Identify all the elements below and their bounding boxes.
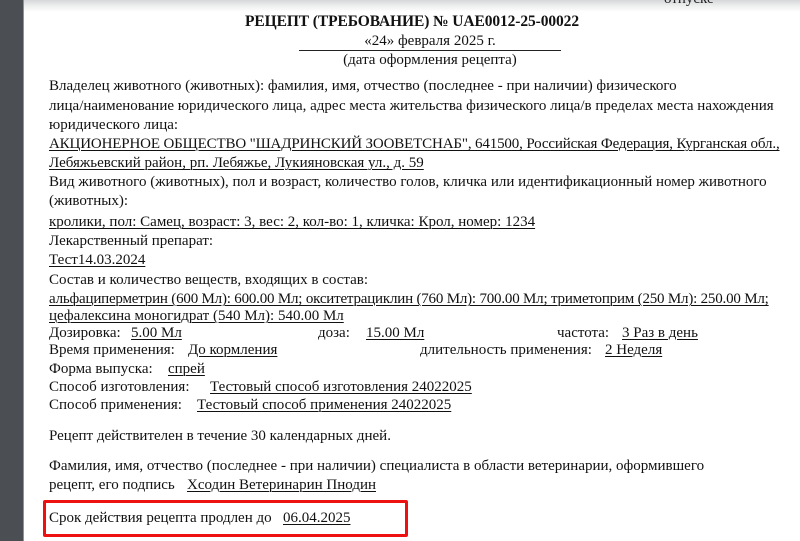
- prescription-title: РЕЦЕПТ (ТРЕБОВАНИЕ) № UAE0012-25-00022: [0, 13, 800, 31]
- issue-date-block: «24» февраля 2025 г. (дата оформления ре…: [299, 33, 561, 69]
- issue-date-caption: (дата оформления рецепта): [299, 51, 561, 69]
- animal-label-line1: Вид животного (животных), пол и возраст,…: [49, 174, 767, 191]
- drug-label: Лекарственный препарат:: [49, 233, 213, 250]
- manufacture-label: Способ изготовления:: [49, 379, 190, 396]
- application-value: Тестовый способ применения 24022025: [197, 397, 451, 414]
- extension-label: Срок действия рецепта продлен до: [49, 510, 272, 527]
- frequency-value: 3 Раз в день: [622, 325, 698, 342]
- timing-value: До кормления: [188, 342, 277, 359]
- viewer-side-panel: [0, 0, 23, 541]
- application-label: Способ применения:: [49, 397, 182, 414]
- manufacture-value: Тестовый способ изготовления 24022025: [210, 379, 472, 396]
- duration-value: 2 Неделя: [605, 342, 662, 359]
- composition-label: Состав и количество веществ, входящих в …: [49, 272, 368, 289]
- owner-label-line3: юридического лица:: [49, 117, 178, 134]
- timing-label: Время применения:: [49, 342, 175, 359]
- dose-label: доза:: [318, 325, 350, 342]
- form-label: Форма выпуска:: [49, 361, 153, 378]
- vet-name: Хсодин Ветеринарин Пнодин: [187, 477, 376, 494]
- extension-date: 06.04.2025: [283, 510, 351, 527]
- owner-label-line2: лица/наименование юридического лица, адр…: [49, 98, 774, 115]
- owner-value-line2: Лебяжьевский район, рп. Лебяжье, Лукияно…: [49, 155, 424, 172]
- validity-text: Рецепт действителен в течение 30 календа…: [49, 428, 391, 445]
- previous-page-fragment: отпуске: [664, 0, 714, 8]
- owner-value-line1: АКЦИОНЕРНОЕ ОБЩЕСТВО "ШАДРИНСКИЙ ЗООВЕТС…: [49, 136, 780, 153]
- frequency-label: частота:: [557, 325, 609, 342]
- vet-label-line1: Фамилия, имя, отчество (последнее - при …: [49, 458, 704, 475]
- duration-label: длительность применения:: [420, 342, 592, 359]
- dosage-label: Дозировка:: [49, 325, 121, 342]
- drug-value: Тест14.03.2024: [49, 252, 145, 269]
- animal-label-line2: (животных):: [49, 193, 128, 210]
- composition-value-line2: цефалексина моногидрат (540 Мл): 540.00 …: [49, 308, 344, 325]
- owner-label-line1: Владелец животного (животных): фамилия, …: [49, 78, 677, 95]
- dose-value: 15.00 Мл: [366, 325, 424, 342]
- composition-value-line1: альфациперметрин (600 Мл): 600.00 Мл; ок…: [49, 291, 769, 308]
- dosage-value: 5.00 Мл: [131, 325, 182, 342]
- vet-label-line2: рецепт, его подпись: [49, 477, 175, 494]
- form-value: спрей: [168, 361, 205, 378]
- animal-value: кролики, пол: Самец, возраст: 3, вес: 2,…: [49, 214, 535, 231]
- issue-date: «24» февраля 2025 г.: [299, 33, 561, 51]
